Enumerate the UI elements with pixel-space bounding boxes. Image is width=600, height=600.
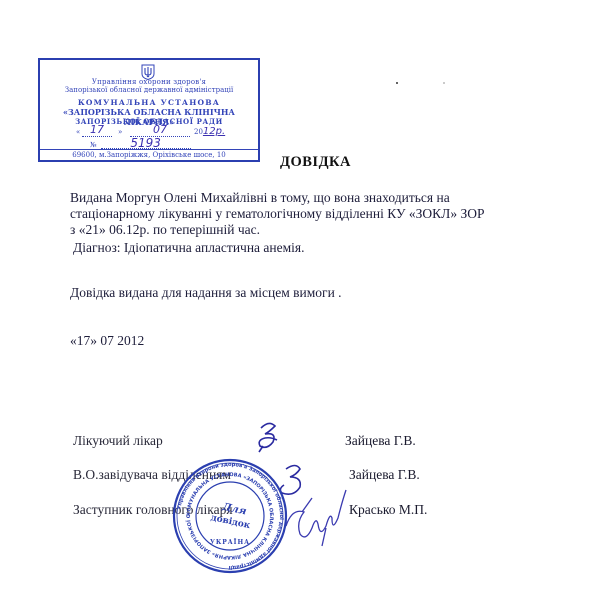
scan-speck xyxy=(443,82,445,84)
signature-role-attending-doctor: Лікуючий лікар xyxy=(73,433,163,449)
stamp-line-1: Управління охорони здоров'я xyxy=(40,78,258,86)
round-stamp-country: УКРАЇНА xyxy=(210,539,250,546)
document-title: ДОВІДКА xyxy=(280,154,351,171)
signature-scribble-3 xyxy=(282,488,348,550)
stamp-date-year: 2012р. xyxy=(194,126,225,137)
stamp-number-row: №5193 xyxy=(90,138,191,149)
body-line-2: стаціонарному лікуванні у гематологічном… xyxy=(70,206,484,222)
document-date: «17» 07 2012 xyxy=(70,333,144,349)
stamp-line-2: Запорізької обласної державної адміністр… xyxy=(40,86,258,94)
diagnosis-line: Діагноз: Ідіопатична апластична анемія. xyxy=(73,240,305,256)
stamp-date-month: 07 xyxy=(130,123,190,137)
round-stamp: Управління охорони здоров'я Запорізької … xyxy=(172,458,288,574)
signature-name-acting-head: Зайцева Г.В. xyxy=(349,467,420,483)
header-stamp: Управління охорони здоров'я Запорізької … xyxy=(38,58,260,162)
signature-name-attending-doctor: Зайцева Г.В. xyxy=(345,433,416,449)
stamp-number-label: № xyxy=(90,141,97,149)
purpose-line: Довідка видана для надання за місцем вим… xyxy=(70,285,342,301)
stamp-address: 69600, м.Запоріжжя, Оріхівське шосе, 10 xyxy=(40,149,258,159)
stamp-line-3: КОМУНАЛЬНА УСТАНОВА xyxy=(40,98,258,107)
stamp-number: 5193 xyxy=(101,138,191,149)
signature-name-deputy-chief: Красько М.П. xyxy=(349,502,427,518)
scan-speck xyxy=(396,82,398,84)
stamp-date-day: 17 xyxy=(82,123,112,137)
body-line-1: Видана Моргун Олені Михайлівні в тому, щ… xyxy=(70,190,450,206)
signature-scribble-1 xyxy=(255,420,285,456)
body-line-3: з «21» 06.12р. по теперішній час. xyxy=(70,222,260,238)
